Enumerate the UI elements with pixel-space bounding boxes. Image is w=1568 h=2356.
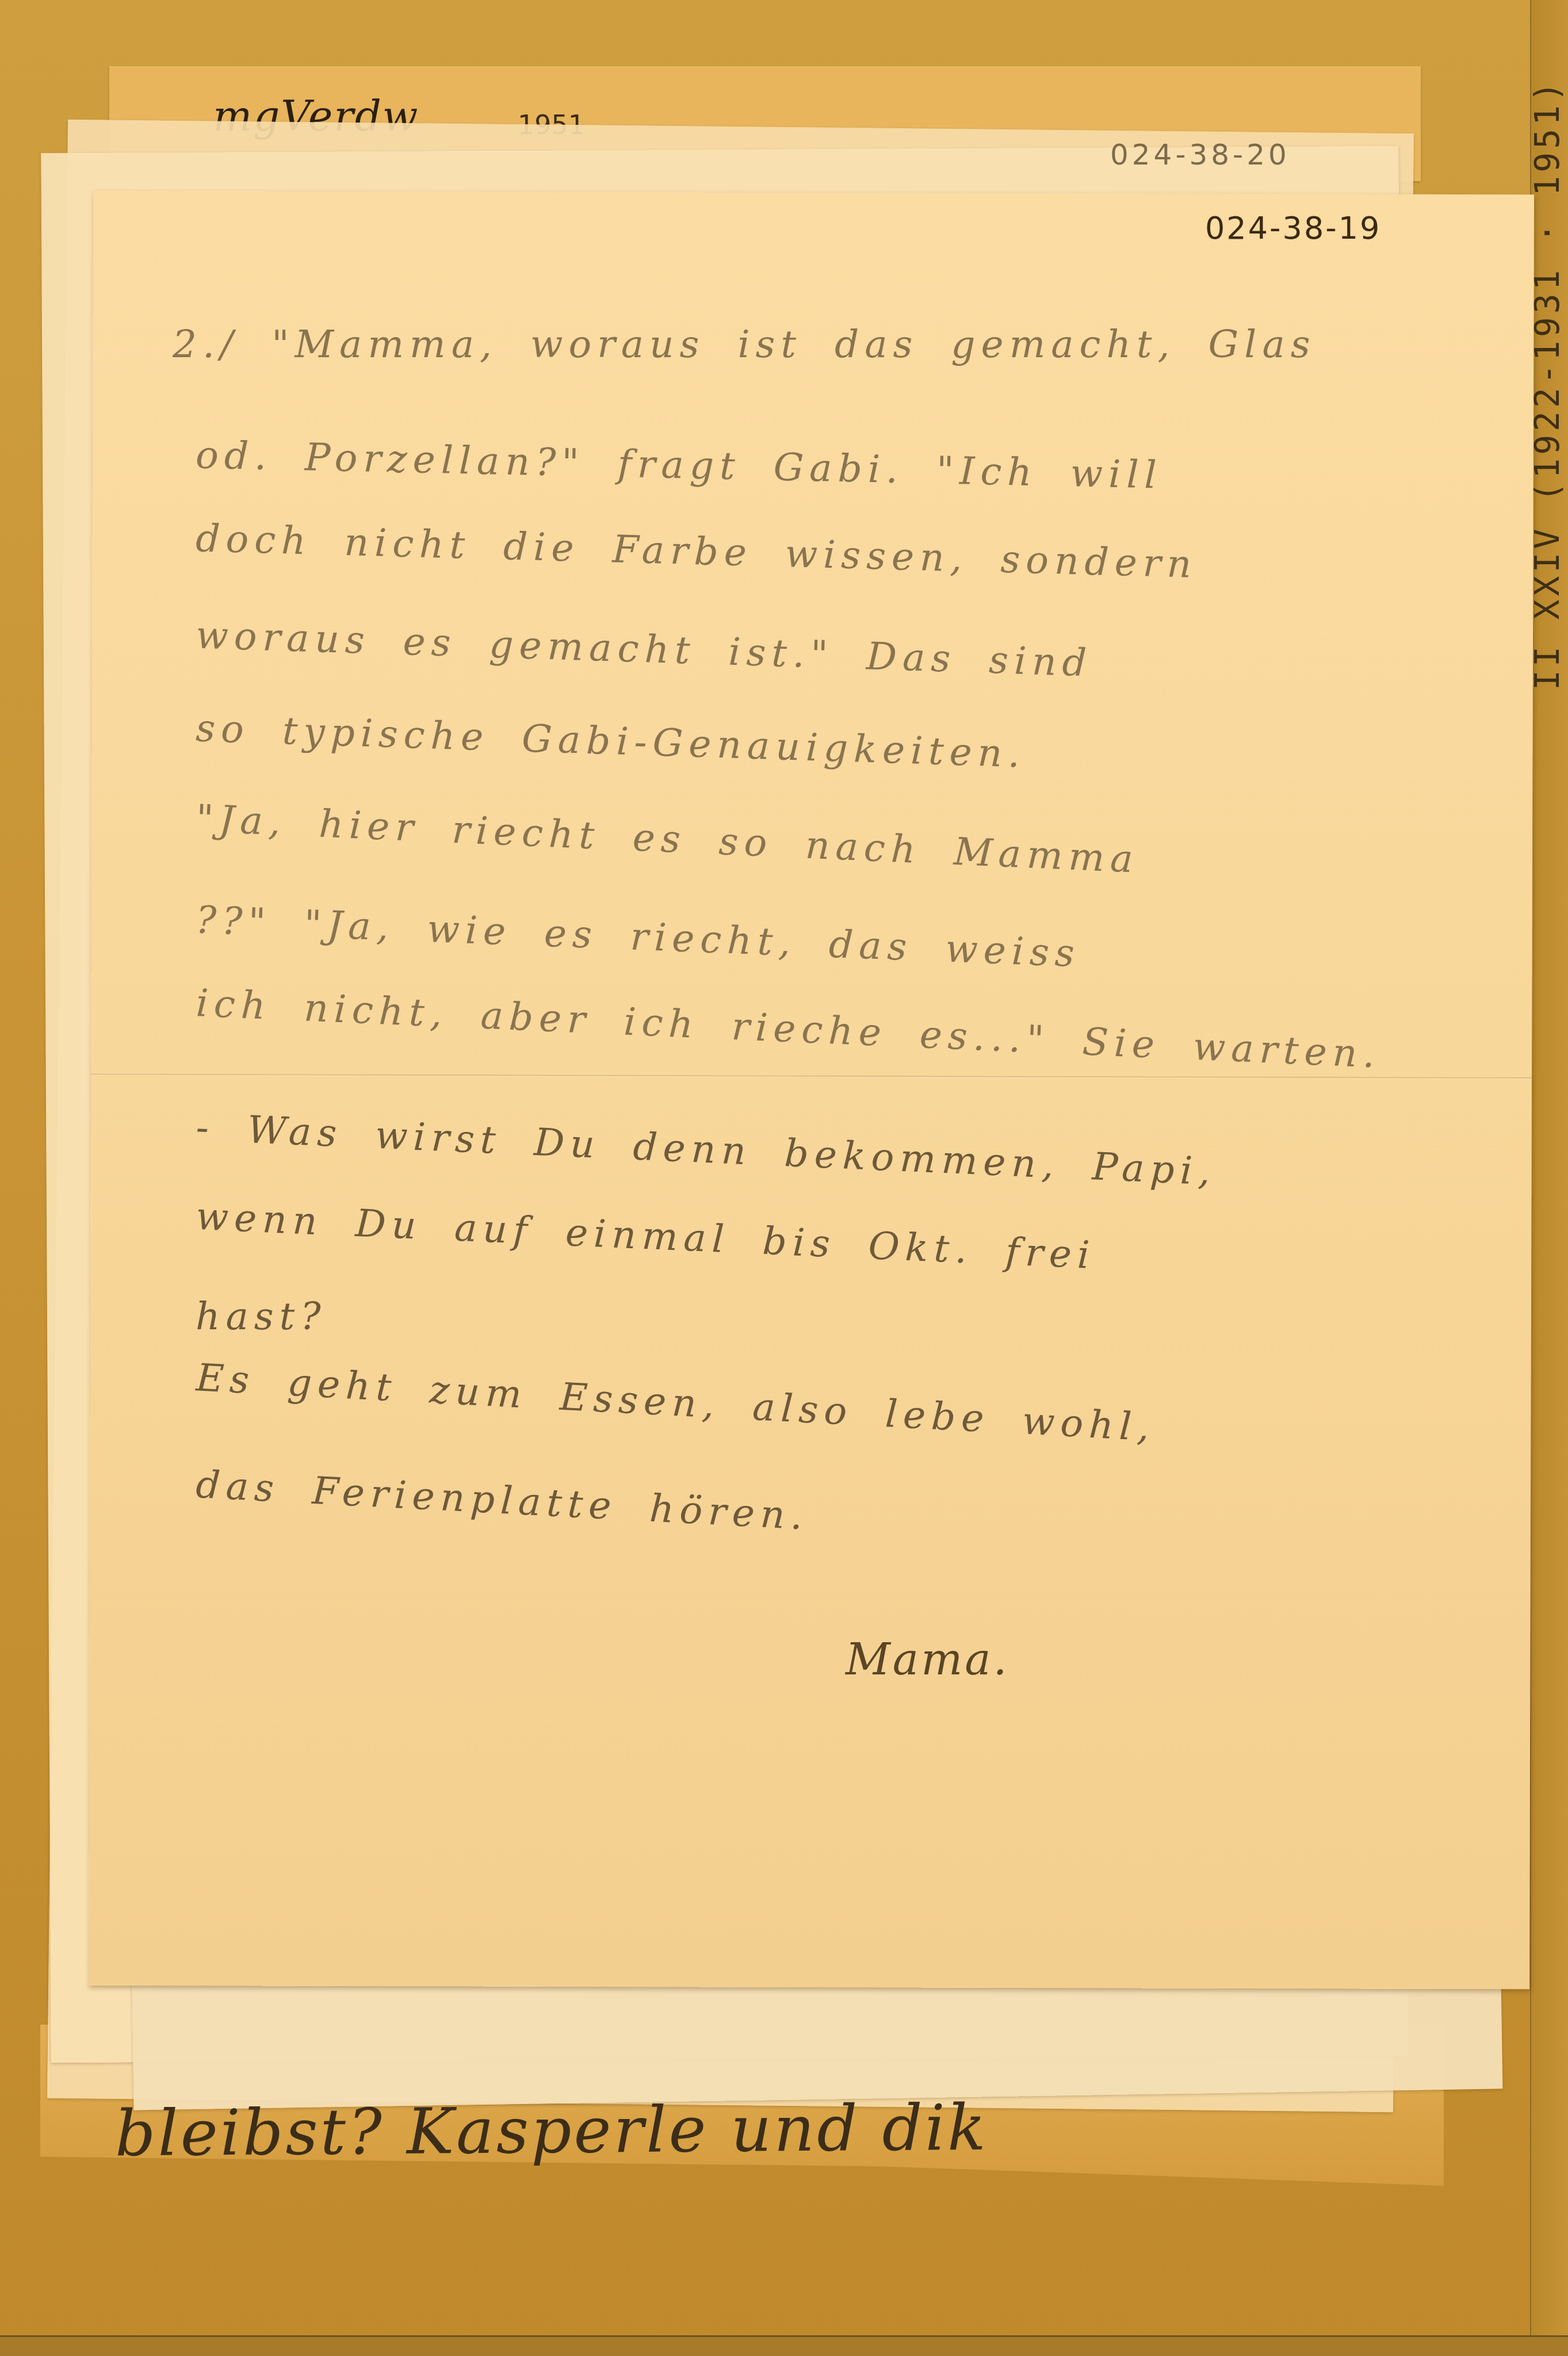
folder-bottom-edge [0, 2335, 1568, 2356]
letter-line: 2./ "Mamma, woraus ist das gemacht, Glas [173, 322, 1316, 366]
letter-line: hast? [196, 1294, 327, 1338]
signature: Mama. [846, 1634, 1009, 1685]
fold-crease [91, 1074, 1532, 1080]
tissue-archive-number: 024-38-20 [1110, 138, 1290, 171]
archive-number: 024-38-19 [1205, 210, 1381, 246]
bottom-slip-text: bleibst? Kasperle und dik [115, 2091, 989, 2171]
